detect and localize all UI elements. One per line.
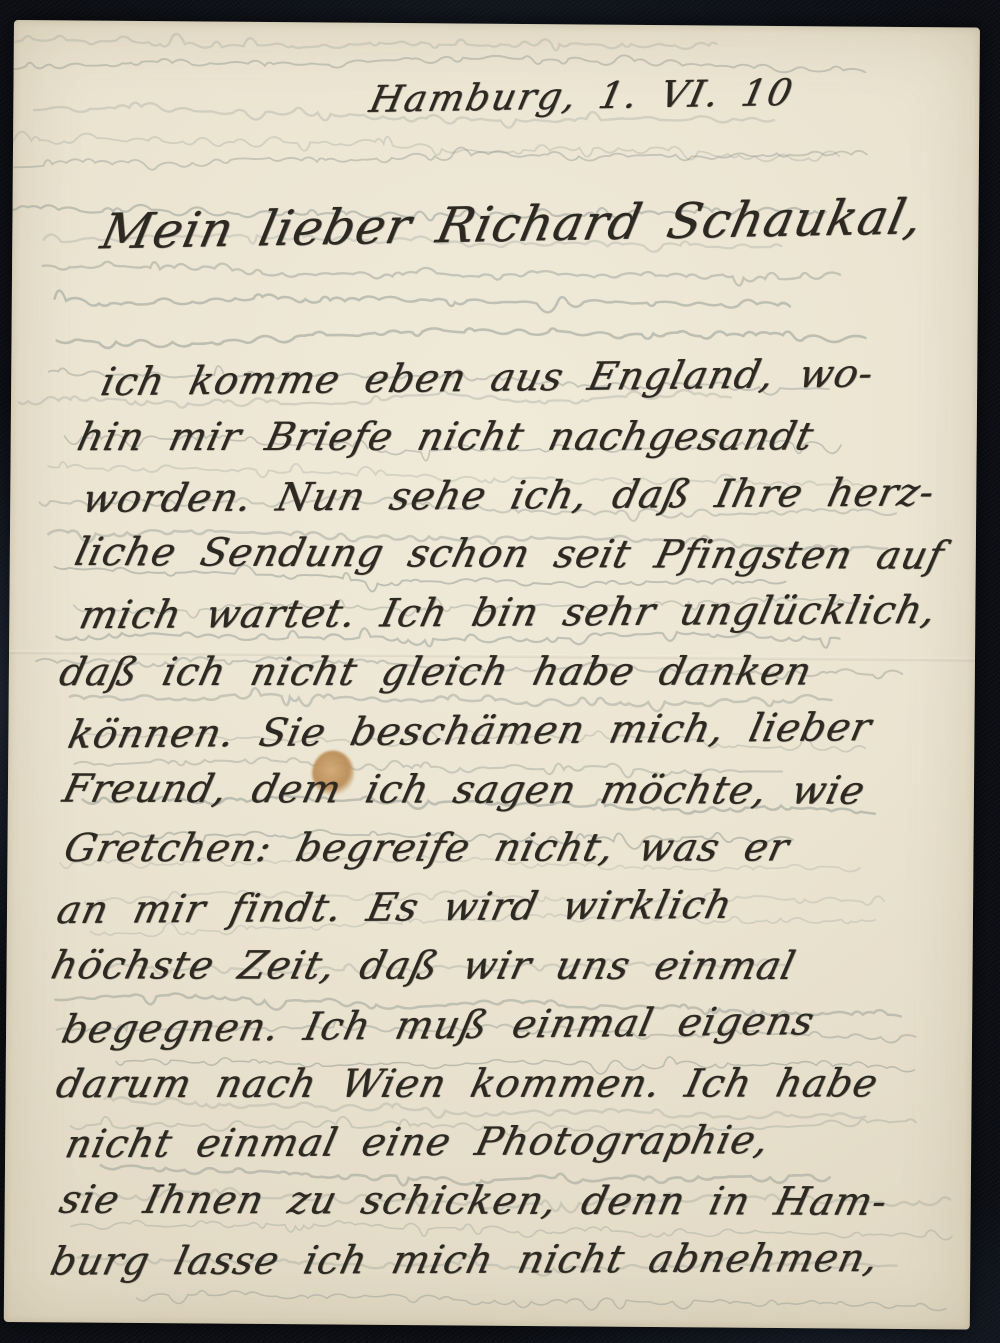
letter-line: an mir findt. Es wird wirklich <box>4 875 980 941</box>
letter-line: ich komme eben aus England, wo- <box>4 344 980 414</box>
photo-backdrop: Hamburg, 1. VI. 10 Mein lieber Richard S… <box>0 0 1000 1343</box>
letter-line: können. Sie beschämen mich, lieber <box>4 698 980 766</box>
letter-line: mich wartet. Ich bin sehr unglücklich, <box>4 582 980 647</box>
letter-line: daß ich nicht gleich habe danken <box>4 643 980 703</box>
letter-line: sie Ihnen zu schicken, denn in Ham- <box>4 1172 978 1233</box>
letter-line: hin mir Briefe nicht nachgesandt <box>4 408 980 468</box>
letter-dateline: Hamburg, 1. VI. 10 <box>366 71 798 121</box>
letter-line: höchste Zeit, daß wir uns einmal <box>4 937 980 997</box>
letter-line: darum nach Wien kommen. Ich habe <box>4 1055 980 1115</box>
letter-line: worden. Nun sehe ich, daß Ihre herz- <box>4 464 980 530</box>
letter-line: burg lasse ich mich nicht abnehmen, <box>4 1230 979 1293</box>
letter-line: begegnen. Ich muß einmal eigens <box>4 991 980 1061</box>
letter-line: liche Sendung schon seit Pfingsten auf <box>4 524 980 587</box>
letter-page: Hamburg, 1. VI. 10 Mein lieber Richard S… <box>4 20 980 1330</box>
letter-line: nicht einmal eine Photographie, <box>4 1111 980 1176</box>
letter-line: Gretchen: begreife nicht, was er <box>4 820 980 880</box>
letter-body: ich komme eben aus England, wo- hin mir … <box>4 346 977 1294</box>
letter-line: Freund, dem ich sagen möchte, wie <box>4 760 980 821</box>
